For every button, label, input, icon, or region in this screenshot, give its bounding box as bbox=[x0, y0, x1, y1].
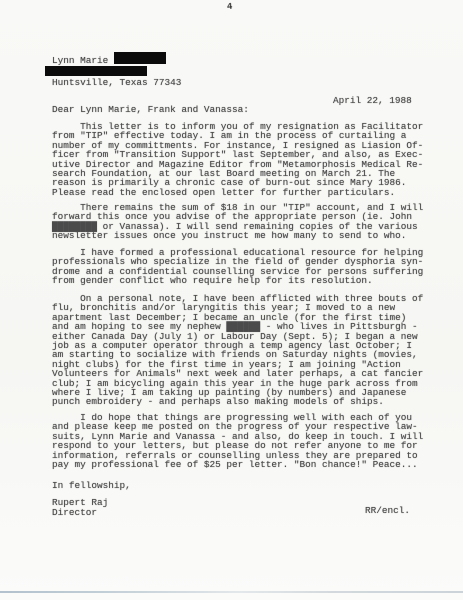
signature-title: Director bbox=[52, 508, 97, 517]
redaction-bar-last-name bbox=[114, 52, 166, 64]
body-paragraph-1: This letter is to inform you of my resig… bbox=[52, 122, 423, 197]
body-paragraph-2: There remains the sum of $18 in our "TIP… bbox=[52, 203, 423, 241]
salutation: Dear Lynn Marie, Frank and Vanassa: bbox=[52, 105, 249, 114]
redaction-bar-street-address bbox=[45, 66, 147, 76]
body-paragraph-5: I do hope that things are progressing we… bbox=[52, 413, 423, 469]
letter-date: April 22, 1988 bbox=[333, 96, 412, 105]
ink-mark: 4 bbox=[226, 2, 232, 13]
scanned-letter-page: 4 Lynn Marie Huntsville, Texas 77343 Apr… bbox=[0, 0, 463, 600]
body-paragraph-4: On a personal note, I have been afflicte… bbox=[52, 294, 423, 407]
reference-notation: RR/encl. bbox=[365, 506, 410, 515]
closing-line: In fellowship, bbox=[52, 481, 131, 490]
scan-edge-line bbox=[0, 591, 463, 593]
body-paragraph-3: I have formed a professional educational… bbox=[52, 248, 423, 286]
sender-city-line: Huntsville, Texas 77343 bbox=[52, 78, 181, 87]
signature-name: Rupert Raj bbox=[52, 498, 108, 507]
